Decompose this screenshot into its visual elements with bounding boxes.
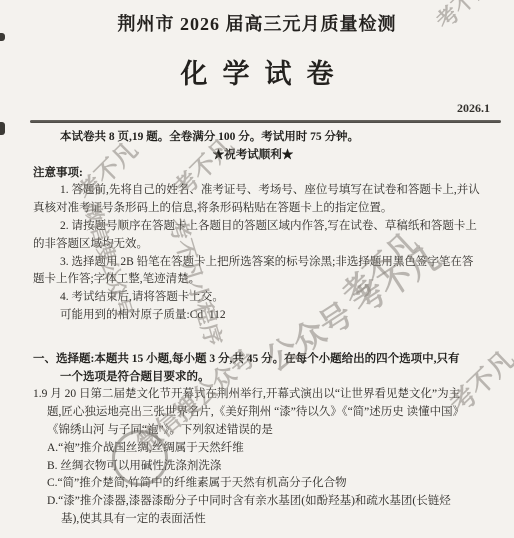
- note-line-1b: 真核对准考证号条形码上的信息,将条形码粘贴在答题卡上的指定位置。: [0, 200, 514, 218]
- question1-line2: 题,匠心独运地亮出三张世界名片,《美好荆州 “漆”待以久》《“简”述历史 读懂中…: [0, 404, 514, 422]
- note-line-4: 4. 考试结束后,请将答题卡上交。: [0, 289, 514, 307]
- notes-heading: 注意事项:: [0, 165, 514, 183]
- exam-subject-title: 化学试卷: [0, 52, 514, 91]
- note-line-2a: 2. 请按题号顺序在答题卡上各题目的答题区域内作答,写在试卷、草稿纸和答题卡上: [0, 218, 514, 236]
- wish-line: ★祝考试顺利★: [0, 147, 514, 165]
- question1-option-d-line2: 基),使其具有一定的表面活性: [0, 511, 514, 529]
- header-divider: [30, 120, 501, 123]
- scan-smudge: [0, 122, 5, 135]
- page-title: 荆州市 2026 届高三元月质量检测: [0, 0, 514, 36]
- question1-line1: 1.9 月 20 日第二届楚文化节开幕式在荆州举行,开幕式演出以“让世界看见楚文…: [0, 386, 514, 404]
- exam-date: 2026.1: [0, 101, 514, 116]
- question1-option-c: C.“简”推介楚简,竹简中的纤维素属于天然有机高分子化合物: [0, 475, 514, 493]
- question1-option-a: A.“袍”推介战国丝绸,丝绸属于天然纤维: [0, 440, 514, 458]
- exam-paper-page: 荆州市 2026 届高三元月质量检测 化学试卷 2026.1 本试卷共 8 页,…: [0, 0, 514, 538]
- note-line-3a: 3. 选择题用 2B 铅笔在答题卡上把所选答案的标号涂黑;非选择题用黑色签字笔在…: [0, 254, 514, 272]
- note-line-1a: 1. 答题前,先将自己的姓名、准考证号、考场号、座位号填写在试卷和答题卡上,并认: [0, 182, 514, 200]
- section1-header-line2: 一个选项是符合题目要求的。: [0, 369, 514, 387]
- note-line-3b: 题卡上作答;字体工整,笔迹清楚。: [0, 271, 514, 289]
- question1-line3: 《锦绣山河 与子同“袍”》。下列叙述错误的是: [0, 422, 514, 440]
- exam-info-line: 本试卷共 8 页,19 题。全卷满分 100 分。考试用时 75 分钟。: [0, 129, 514, 147]
- question1-option-b: B. 丝绸衣物可以用碱性洗涤剂洗涤: [0, 458, 514, 476]
- scan-smudge: [0, 33, 5, 41]
- question1-option-d: D.“漆”推介漆器,漆器漆酚分子中同时含有亲水基团(如酚羟基)和疏水基团(长链烃: [0, 493, 514, 511]
- atomic-mass-line: 可能用到的相对原子质量:Cd 112: [0, 307, 514, 325]
- section1-header-line1: 一、选择题:本题共 15 小题,每小题 3 分,共 45 分。在每个小题给出的四…: [0, 351, 514, 369]
- note-line-2b: 的非答题区域均无效。: [0, 236, 514, 254]
